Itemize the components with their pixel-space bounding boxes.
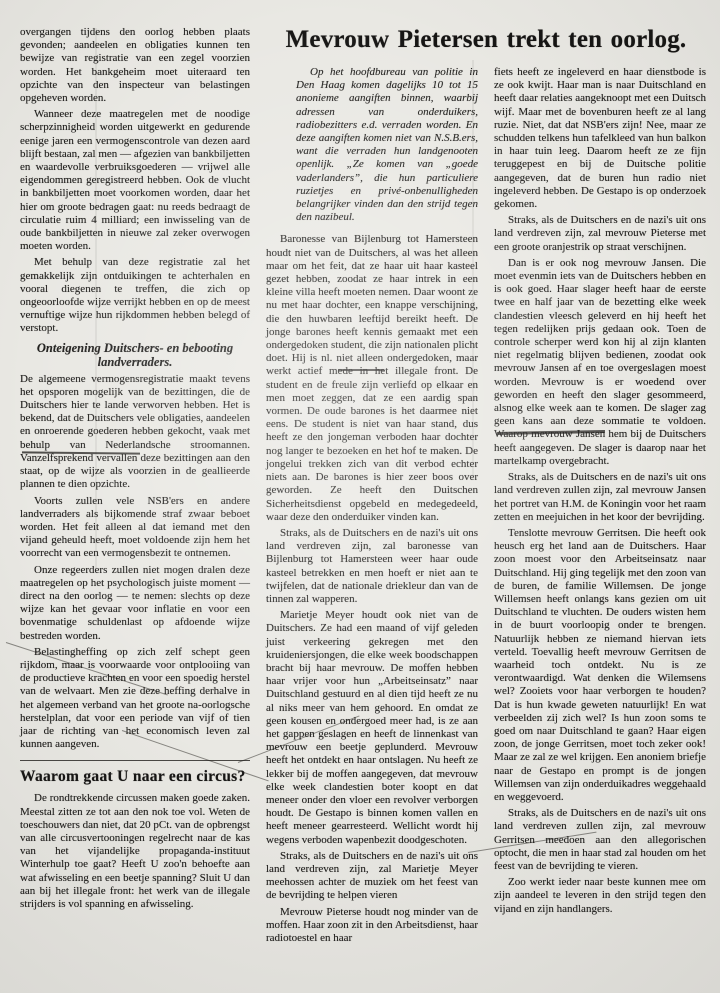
- paragraph: Straks, als de Duitschers en de nazi's u…: [266, 527, 478, 606]
- paragraph: Straks, als de Duitschers en de nazi's u…: [494, 471, 706, 524]
- page-content: overgangen tijdens den oorlog hebben pla…: [20, 26, 706, 948]
- paragraph: De rondtrekkende circussen maken goede z…: [20, 792, 250, 911]
- paragraph: overgangen tijdens den oorlog hebben pla…: [20, 26, 250, 105]
- paragraph: Dan is er ook nog mevrouw Jansen. Die mo…: [494, 257, 706, 468]
- article-intro: Op het hoofdbureau van politie in Den Ha…: [266, 66, 478, 224]
- paragraph: Marietje Meyer houdt ook niet van de Dui…: [266, 609, 478, 847]
- paragraph: Straks, als de Duitschers en de nazi's u…: [494, 807, 706, 873]
- paragraph: Baronesse van Bijlenburg tot Hamersteen …: [266, 233, 478, 523]
- section-divider: [20, 760, 250, 761]
- article-column-2: fiets heeft ze ingeleverd en haar dienst…: [494, 66, 706, 948]
- main-article: Mevrouw Pietersen trekt ten oorlog. Op h…: [266, 26, 706, 948]
- paragraph: fiets heeft ze ingeleverd en haar dienst…: [494, 66, 706, 211]
- paragraph: Onze regeerders zullen niet mogen dralen…: [20, 564, 250, 643]
- left-column: overgangen tijdens den oorlog hebben pla…: [20, 26, 250, 948]
- article-headline: Mevrouw Pietersen trekt ten oorlog.: [266, 26, 706, 54]
- paragraph: Wanneer deze maatregelen met de noodige …: [20, 108, 250, 253]
- paragraph: Mevrouw Pieterse houdt nog minder van de…: [266, 906, 478, 946]
- newspaper-page: overgangen tijdens den oorlog hebben pla…: [0, 0, 720, 993]
- circus-article-heading: Waarom gaat U naar een circus?: [20, 768, 250, 786]
- paragraph: Met behulp van deze registratie zal het …: [20, 256, 250, 335]
- paragraph: Straks, als de Duitschers en de nazi's u…: [494, 214, 706, 254]
- article-columns: Op het hoofdbureau van politie in Den Ha…: [266, 66, 706, 948]
- paragraph: Belastingheffing op zich zelf schept gee…: [20, 646, 250, 752]
- section-subheading: Onteigening Duitschers- en bebooting lan…: [28, 341, 242, 369]
- paragraph: Straks, als de Duitschers en de nazi's u…: [266, 850, 478, 903]
- paragraph: De algemeene vermogensregistratie maakt …: [20, 373, 250, 492]
- paragraph: Tenslotte mevrouw Gerritsen. Die heeft o…: [494, 527, 706, 804]
- paragraph: Voorts zullen vele NSB'ers en andere lan…: [20, 495, 250, 561]
- paragraph: Zoo werkt ieder naar beste kunnen mee om…: [494, 876, 706, 916]
- article-column-1: Op het hoofdbureau van politie in Den Ha…: [266, 66, 478, 948]
